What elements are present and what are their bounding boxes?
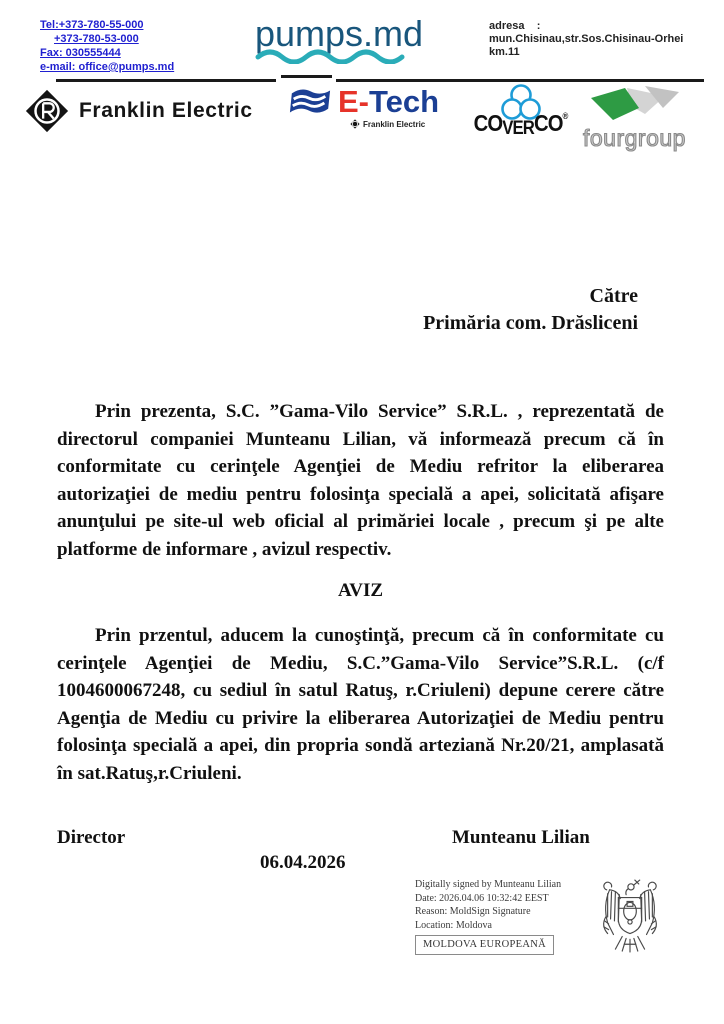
coverco-co1: CO [474, 110, 503, 136]
franklin-diamond-small-icon [350, 119, 360, 129]
etech-flag-icon [288, 87, 332, 117]
contact-block: Tel:+373-780-55-000 +373-780-53-000 Fax:… [40, 18, 174, 74]
etech-logo: E-Tech Franklin Electric [288, 86, 439, 129]
signature-date: Date: 2026.04.06 10:32:42 EEST [415, 892, 561, 906]
email-link[interactable]: e-mail: office@pumps.md [40, 60, 174, 74]
pumps-md-logo: pumps.md [255, 16, 435, 64]
fax-line[interactable]: Fax: 030555444 [40, 46, 174, 60]
franklin-electric-label: Franklin Electric [79, 99, 253, 123]
address-block: adresa : mun.Chisinau,str.Sos.Chisinau-O… [489, 20, 683, 59]
signature-location: Location: Moldova [415, 919, 561, 933]
etech-subtext-label: Franklin Electric [363, 120, 425, 129]
coverco-co2: CO [534, 110, 563, 136]
pumps-md-logo-text: pumps.md [255, 16, 435, 52]
etech-wordmark: E-Tech [338, 86, 439, 117]
coverco-registered-mark: ® [563, 111, 569, 121]
director-label: Director [57, 827, 125, 849]
coverco-ver: VER [502, 118, 534, 139]
letter-date: 06.04.2026 [260, 852, 346, 874]
paragraph-1: Prin prezenta, S.C. ”Gama-Vilo Service” … [57, 398, 664, 563]
address-street: mun.Chisinau,str.Sos.Chisinau-Orhei [489, 33, 683, 46]
etech-wordmark-tech: Tech [369, 84, 439, 119]
moldova-coat-of-arms-icon [595, 876, 665, 960]
signature-reason: Reason: MoldSign Signature [415, 905, 561, 919]
fourgroup-logo: fourgroup [583, 84, 695, 152]
paragraph-2: Prin przentul, aducem la cunoştinţă, pre… [57, 622, 664, 787]
coverco-logo: COVERCO® [465, 84, 577, 137]
fourgroup-arrows-icon [583, 84, 687, 128]
addressee-block: Către Primăria com. Drăsliceni [0, 283, 638, 337]
addressee-catre: Către [0, 283, 638, 310]
etech-franklin-subtext: Franklin Electric [350, 119, 439, 129]
phone-line-2[interactable]: +373-780-53-000 [40, 32, 174, 46]
digital-signature-block: Digitally signed by Munteanu Lilian Date… [415, 878, 561, 955]
coverco-wordmark: COVERCO® [472, 110, 571, 137]
header-rule-right [336, 79, 704, 82]
etech-wordmark-e: E- [338, 84, 369, 119]
fourgroup-wordmark: fourgroup [583, 125, 695, 152]
director-name: Munteanu Lilian [452, 827, 590, 849]
moldova-europeana-stamp: MOLDOVA EUROPEANĂ [415, 935, 554, 955]
aviz-heading: AVIZ [57, 580, 664, 602]
address-label: adresa : [489, 20, 683, 33]
signature-signed-by: Digitally signed by Munteanu Lilian [415, 878, 561, 892]
franklin-diamond-icon [24, 88, 70, 134]
address-km: km.11 [489, 46, 683, 59]
franklin-electric-logo: Franklin Electric [24, 88, 253, 134]
phone-line-1[interactable]: Tel:+373-780-55-000 [40, 18, 174, 32]
header-rule-mid [281, 75, 332, 78]
addressee-primaria: Primăria com. Drăsliceni [0, 310, 638, 337]
letter-page: Tel:+373-780-55-000 +373-780-53-000 Fax:… [0, 0, 724, 1024]
header-rule-left [56, 79, 276, 82]
